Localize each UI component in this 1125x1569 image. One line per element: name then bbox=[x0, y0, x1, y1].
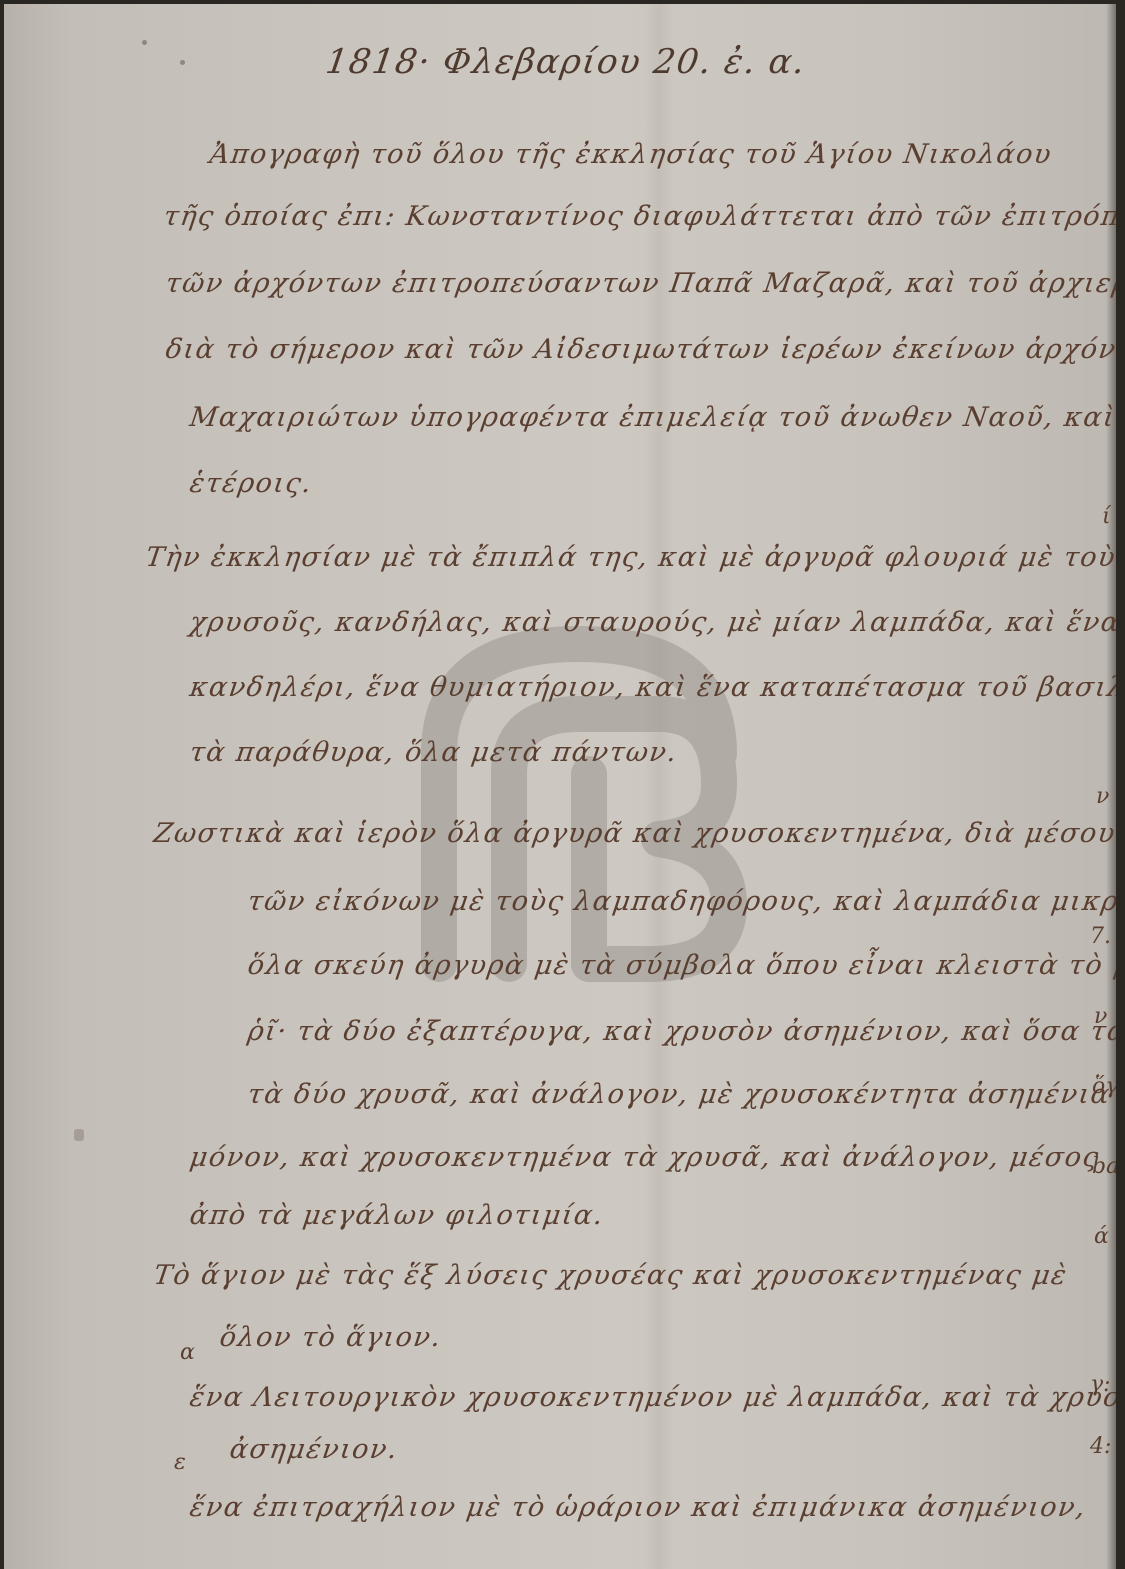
item-marker: α bbox=[180, 1340, 195, 1365]
manuscript-line: ἕνα ἐπιτραχήλιον μὲ τὸ ὡράριον καὶ ἐπιμά… bbox=[188, 1492, 1089, 1523]
item-marker: ε bbox=[174, 1450, 186, 1475]
margin-note: ν bbox=[1096, 784, 1109, 809]
paper-speck bbox=[142, 40, 147, 45]
manuscript-line: ἕνα Λειτουργικὸν χρυσοκεντημένον μὲ λαμπ… bbox=[188, 1382, 1116, 1413]
manuscript-line: ῥῖ· τὰ δύο ἐξαπτέρυγα, καὶ χρυσὸν ἀσημέν… bbox=[246, 1016, 1116, 1047]
manuscript-page: 1818· Φλεβαρίου 20. ἐ. α. Ἀπογραφὴ τοῦ ὅ… bbox=[4, 4, 1116, 1569]
manuscript-line: Ζωστικὰ καὶ ἱερὸν ὅλα ἀργυρᾶ καὶ χρυσοκε… bbox=[152, 818, 1116, 849]
manuscript-line: ἀπὸ τὰ μεγάλων φιλοτιμία. bbox=[188, 1200, 606, 1231]
manuscript-line: τὰ δύο χρυσᾶ, καὶ ἀνάλογον, μὲ χρυσοκέντ… bbox=[246, 1079, 1113, 1110]
margin-note: 4: bbox=[1090, 1434, 1111, 1459]
manuscript-line: τῶν ἀρχόντων ἐπιτροπεύσαντων Παπᾶ Μαζαρᾶ… bbox=[164, 268, 1116, 299]
margin-note: ν bbox=[1094, 1004, 1107, 1029]
manuscript-line: Τὸ ἅγιον μὲ τὰς ἕξ λύσεις χρυσέας καὶ χρ… bbox=[152, 1260, 1070, 1291]
ab-watermark-icon bbox=[399, 604, 759, 984]
margin-note: 7. bbox=[1090, 924, 1111, 949]
paper-speck bbox=[180, 60, 185, 65]
manuscript-line: τὰ παράθυρα, ὅλα μετὰ πάντων. bbox=[188, 737, 680, 768]
manuscript-line: χρυσοῦς, κανδήλας, καὶ σταυρούς, μὲ μίαν… bbox=[188, 607, 1116, 638]
manuscript-line: Ἀπογραφὴ τοῦ ὅλου τῆς ἐκκλησίας τοῦ Ἁγίο… bbox=[208, 139, 1054, 170]
manuscript-line: μόνον, καὶ χρυσοκεντημένα τὰ χρυσᾶ, καὶ … bbox=[188, 1142, 1102, 1173]
document-heading: 1818· Φλεβαρίου 20. ἐ. α. bbox=[323, 42, 808, 82]
paper-stain bbox=[74, 1129, 84, 1141]
margin-note: γ: bbox=[1090, 1372, 1111, 1397]
manuscript-line: ἑτέροις. bbox=[188, 468, 315, 499]
manuscript-line: διὰ τὸ σήμερον καὶ τῶν Αἰδεσιμωτάτων ἱερ… bbox=[164, 334, 1116, 365]
margin-note: ί bbox=[1102, 504, 1111, 529]
margin-note: ά bbox=[1094, 1224, 1109, 1249]
manuscript-line: τῶν εἰκόνων μὲ τοὺς λαμπαδηφόρους, καὶ λ… bbox=[246, 886, 1116, 917]
manuscript-line: ὅλον τὸ ἅγιον. bbox=[218, 1322, 444, 1353]
manuscript-line: ὅλα σκεύη ἀργυρὰ μὲ τὰ σύμβολα ὅπου εἶνα… bbox=[246, 950, 1116, 981]
manuscript-line: Μαχαιριώτων ὑπογραφέντα ἐπιμελείᾳ τοῦ ἀν… bbox=[188, 402, 1116, 433]
manuscript-line: Τὴν ἐκκλησίαν μὲ τὰ ἔπιπλά της, καὶ μὲ ἀ… bbox=[144, 542, 1116, 573]
manuscript-line: τῆς ὁποίας ἐπι: Κωνσταντίνος διαφυλάττετ… bbox=[162, 201, 1116, 232]
margin-note: ὅγ bbox=[1092, 1074, 1116, 1099]
manuscript-line: ἀσημένιον. bbox=[228, 1434, 400, 1465]
margin-note: ba bbox=[1092, 1154, 1116, 1179]
manuscript-line: κανδηλέρι, ἕνα θυμιατήριον, καὶ ἕνα κατα… bbox=[188, 672, 1116, 703]
